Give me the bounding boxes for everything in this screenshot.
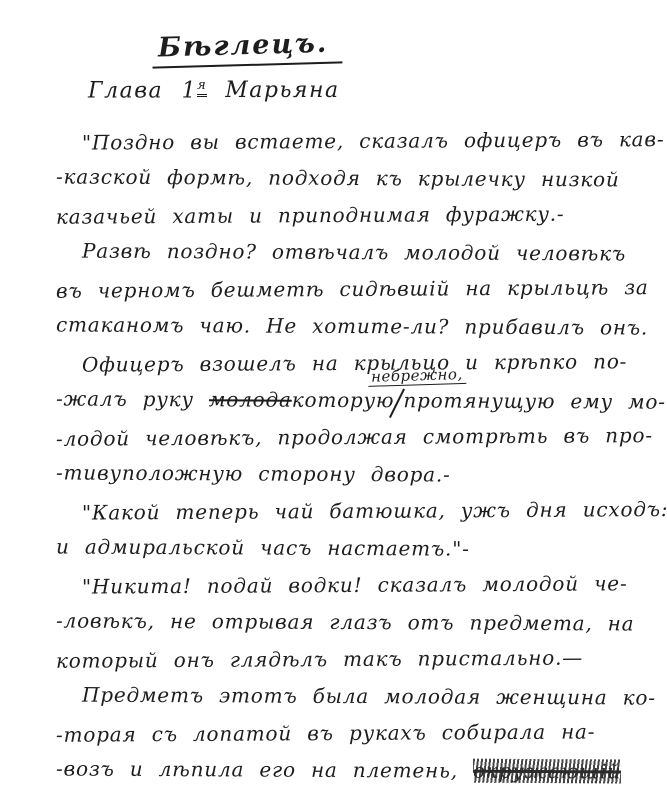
struck-word: молода	[209, 387, 292, 411]
line-segment: -возъ и лѣпила его на плетень,	[56, 756, 473, 782]
chapter-heading: Глава 1яМарьяна	[0, 78, 667, 118]
text-line: и адмиральской часъ настаетъ."-	[56, 529, 633, 569]
text-line: Офицеръ взошелъ на крыльцо и крѣпко по-	[56, 344, 633, 385]
text-line: который онъ глядѣлъ такъ пристально.—	[56, 640, 633, 681]
title-row: Бѣглецъ.	[0, 0, 667, 78]
scribbled-out-word: окружающій	[473, 759, 621, 784]
line-segment: -жалъ руку	[56, 386, 209, 411]
text-line: Предметъ этотъ была молодая женщина ко-	[56, 677, 633, 717]
inserted-word: небрежно,	[367, 367, 465, 387]
text-line: казачьей хаты и приподнимая фуражку.-	[56, 196, 633, 237]
text-line: "Никита! подай водки! сказалъ молодой че…	[56, 566, 633, 607]
line-segment: которую	[292, 388, 395, 413]
text-line: въ черномъ бешметѣ сидѣвшій на крыльцѣ з…	[56, 270, 633, 311]
text-line: Развѣ поздно? отвѣчалъ молодой человѣкъ	[56, 233, 633, 273]
page-title: Бѣглецъ.	[152, 27, 343, 68]
text-line: -казской формѣ, подходя къ крылечку низк…	[56, 159, 633, 199]
chapter-label: Глава 1	[88, 78, 197, 103]
chapter-number-superscript: я	[197, 78, 207, 97]
text-line: -торая съ лопатой въ рукахъ собирала на-	[56, 714, 633, 755]
text-line: -тивуположную сторону двора.-	[56, 455, 633, 495]
manuscript-page: Бѣглецъ. Глава 1яМарьяна "Поздно вы вста…	[0, 0, 667, 799]
manuscript-body: "Поздно вы встаете, сказалъ офицеръ въ к…	[0, 118, 667, 790]
text-line: -лодой человѣкъ, продолжая смотрѣть въ п…	[56, 418, 633, 459]
text-line-with-scribble: -возъ и лѣпила его на плетень, окружающі…	[56, 751, 633, 791]
text-line: "Какой теперь чай батюшка, ужъ дня исход…	[56, 492, 633, 533]
line-segment: протянущую ему мо-	[403, 388, 666, 413]
chapter-title: Марьяна	[225, 78, 339, 103]
text-line: стаканомъ чаю. Не хотите-ли? прибавилъ о…	[56, 307, 633, 347]
text-line: -ловѣкъ, не отрывая глазъ отъ предмета, …	[56, 603, 633, 643]
text-line-with-insertion: небрежно,-жалъ руку молодакоторуюпротяну…	[56, 381, 633, 421]
text-line: "Поздно вы встаете, сказалъ офицеръ въ к…	[56, 122, 633, 163]
